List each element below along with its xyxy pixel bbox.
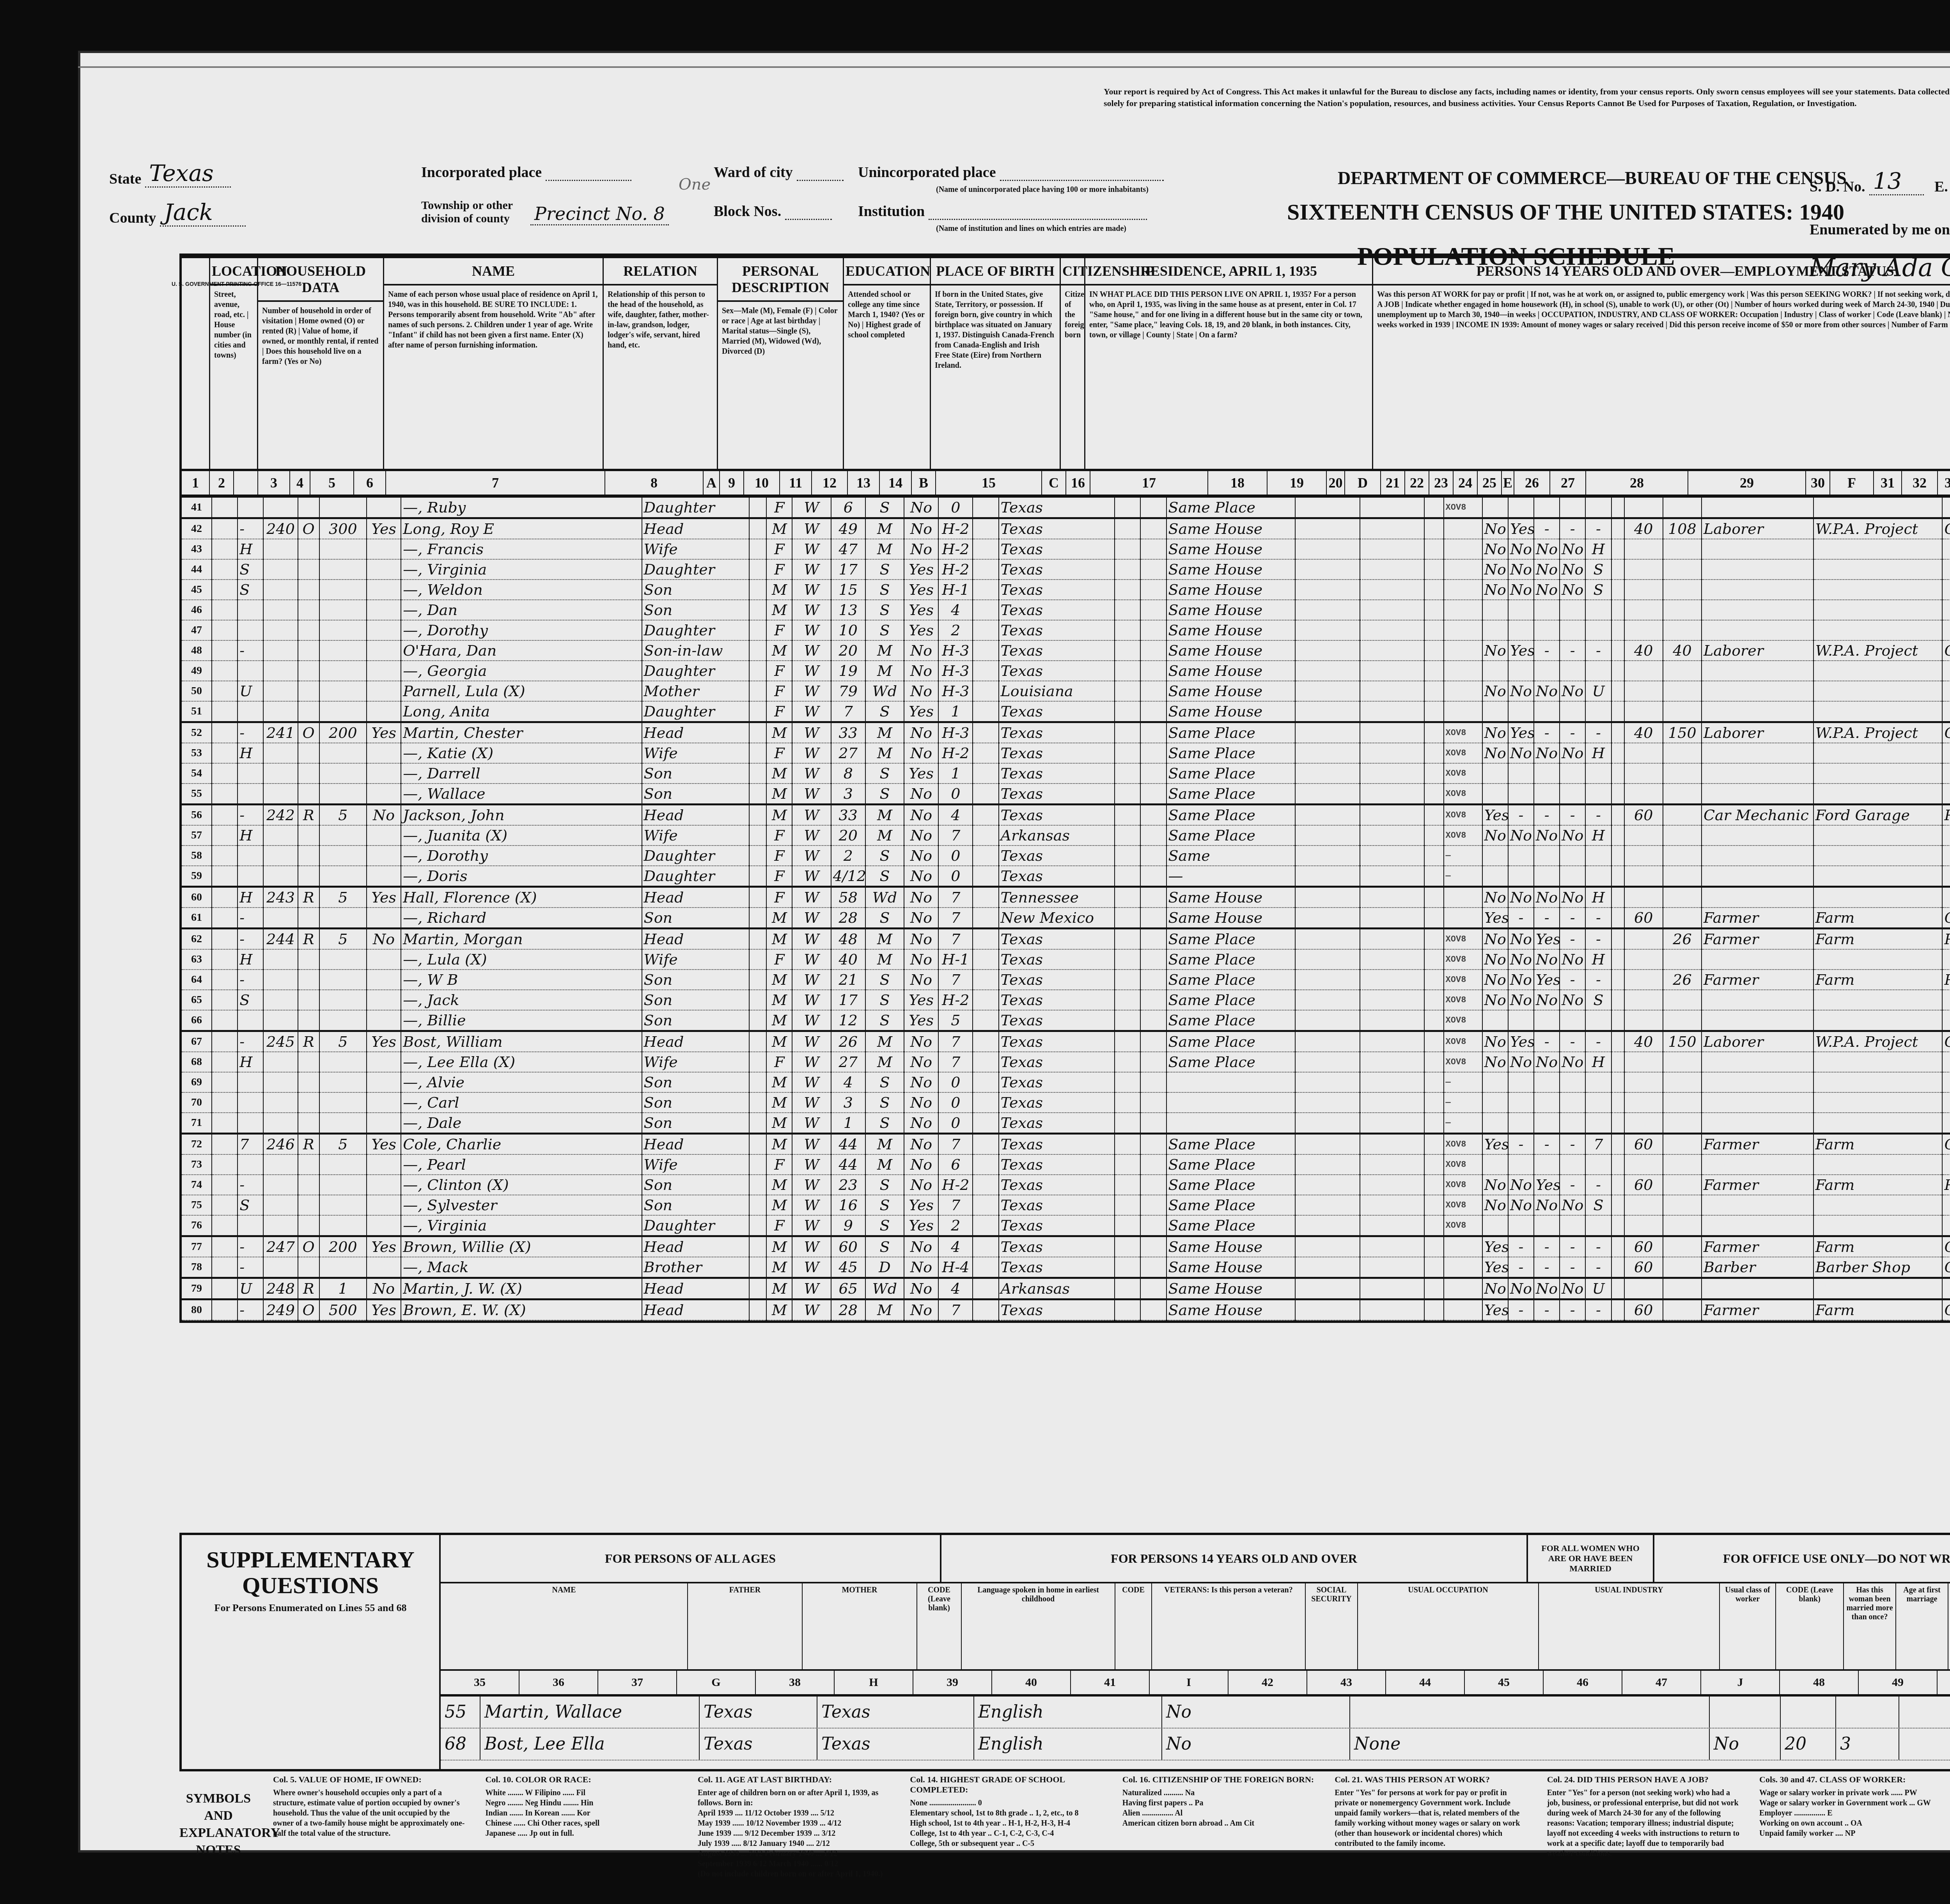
- cell-line: 53: [182, 743, 212, 763]
- cell-work: No: [1482, 887, 1508, 908]
- cell-birth: Texas: [999, 1134, 1115, 1155]
- cell-farm20: [1424, 1299, 1444, 1321]
- supplementary-col-number: I: [1150, 1671, 1228, 1694]
- supplementary-mother: Texas: [817, 1697, 974, 1728]
- cell-codeC: [1115, 1092, 1140, 1113]
- cell-stamp: XOV8: [1444, 1195, 1482, 1215]
- cell-codeE: [1611, 825, 1624, 846]
- cell-hrs: 40: [1624, 722, 1663, 743]
- cell-grade: 1: [938, 701, 973, 722]
- cell-street: [212, 990, 238, 1010]
- cell-street: [212, 620, 238, 640]
- cell-ind: [1813, 1278, 1943, 1299]
- cell-seek: [1534, 498, 1560, 518]
- cell-ms: S: [865, 866, 904, 887]
- cell-sch: No: [904, 498, 938, 518]
- cell-value: 500: [319, 1299, 367, 1321]
- cell-ms: S: [865, 1010, 904, 1031]
- cell-codeC: [1115, 887, 1140, 908]
- cell-state: [1360, 1092, 1424, 1113]
- cell-sch: No: [904, 1134, 938, 1155]
- cell-farm20: [1424, 1134, 1444, 1155]
- cell-occ: Car Mechanic: [1702, 805, 1813, 826]
- sd-value: 13: [1869, 168, 1924, 195]
- cell-age: 10: [831, 620, 865, 640]
- cell-house: [1585, 1113, 1611, 1134]
- cell-line: 44: [182, 559, 212, 580]
- cell-farm: [367, 498, 401, 518]
- cell-age: 13: [831, 600, 865, 620]
- cell-cit: [1140, 1195, 1166, 1215]
- cell-work: No: [1482, 929, 1508, 950]
- cell-stamp: [1444, 518, 1482, 539]
- cell-cls: PW: [1942, 1175, 1950, 1195]
- cell-own: [298, 580, 319, 600]
- cell-stamp: [1444, 539, 1482, 559]
- cell-state: [1360, 970, 1424, 990]
- cell-sch: No: [904, 887, 938, 908]
- cell-cit: [1140, 600, 1166, 620]
- census-sheet: Your report is required by Act of Congre…: [78, 51, 1950, 1853]
- cell-codeA: [749, 1052, 766, 1072]
- cell-cit: [1140, 1299, 1166, 1321]
- cell-job: -: [1560, 722, 1585, 743]
- cell-farm: [367, 846, 401, 866]
- cell-codeC: [1115, 949, 1140, 970]
- table-row: 60H243R5YesHall, Florence (X)HeadFW58WdN…: [182, 887, 1950, 908]
- cell-codeA: [749, 1154, 766, 1175]
- cell-ms: M: [865, 1052, 904, 1072]
- cell-farm: [367, 1215, 401, 1236]
- cell-codeA: [749, 1113, 766, 1134]
- cell-birth: Texas: [999, 1154, 1115, 1175]
- cell-codeB: [973, 929, 998, 950]
- cell-county: [1295, 887, 1360, 908]
- cell-sex: M: [766, 640, 792, 661]
- cell-sch: No: [904, 1072, 938, 1092]
- cell-codeB: [973, 1257, 998, 1278]
- cell-street: [212, 1031, 238, 1052]
- cell-cit: [1140, 1113, 1166, 1134]
- cell-line: 74: [182, 1175, 212, 1195]
- table-row: 49—, GeorgiaDaughterFW19MNoH-3TexasSame …: [182, 661, 1950, 681]
- cell-cit: [1140, 908, 1166, 929]
- cell-house: S: [1585, 1195, 1611, 1215]
- cell-codeA: [749, 518, 766, 539]
- cell-emerg: [1508, 846, 1534, 866]
- cell-rel: Daughter: [642, 846, 750, 866]
- cell-farm20: [1424, 539, 1444, 559]
- cell-ms: M: [865, 805, 904, 826]
- cell-value: [319, 539, 367, 559]
- cell-hrs: [1624, 1195, 1663, 1215]
- cell-res: Same House: [1166, 600, 1296, 620]
- cell-street: [212, 1299, 238, 1321]
- cell-job: [1560, 1072, 1585, 1092]
- cell-sch: No: [904, 743, 938, 763]
- cell-codeB: [973, 1113, 998, 1134]
- cell-sex: M: [766, 970, 792, 990]
- cell-race: W: [792, 970, 831, 990]
- column-number: F: [1830, 471, 1874, 495]
- cell-race: W: [792, 580, 831, 600]
- cell-house: -: [238, 518, 263, 539]
- cell-farm: [367, 866, 401, 887]
- supplementary-col-number: 40: [992, 1671, 1071, 1694]
- supplementary-row: 68Bost, Lee EllaTexasTexasEnglishNoNoneN…: [441, 1728, 1950, 1760]
- cell-ms: M: [865, 518, 904, 539]
- cell-occ: [1702, 539, 1813, 559]
- cell-grade: 0: [938, 784, 973, 805]
- cell-county: [1295, 1031, 1360, 1052]
- table-row: 66—, BillieSonMW12SYes5TexasSame PlaceXO…: [182, 1010, 1950, 1031]
- cell-line: 62: [182, 929, 212, 950]
- cell-own: R: [298, 1031, 319, 1052]
- cell-unemp: [1663, 1215, 1702, 1236]
- cell-codeB: [973, 949, 998, 970]
- cell-ind: [1813, 866, 1943, 887]
- cell-codeC: [1115, 1175, 1140, 1195]
- column-section: RESIDENCE, APRIL 1, 1935IN WHAT PLACE DI…: [1085, 258, 1373, 469]
- cell-name: —, Sylvester: [401, 1195, 642, 1215]
- cell-rel: Head: [642, 1236, 750, 1257]
- column-section: NAMEName of each person whose usual plac…: [384, 258, 604, 469]
- cell-res: Same House: [1166, 661, 1296, 681]
- cell-unemp: [1663, 887, 1702, 908]
- column-numbers: 12345678A91011121314B15C1617181920D21222…: [182, 471, 1950, 498]
- cell-codeA: [749, 1299, 766, 1321]
- supplementary-col-number: 36: [519, 1671, 598, 1694]
- cell-codeE: [1611, 929, 1624, 950]
- cell-house: S: [238, 990, 263, 1010]
- cell-occ: [1702, 559, 1813, 580]
- cell-ms: S: [865, 1113, 904, 1134]
- cell-grade: 4: [938, 1278, 973, 1299]
- cell-farm20: [1424, 1113, 1444, 1134]
- cell-res: [1166, 1072, 1296, 1092]
- cell-job: [1560, 1215, 1585, 1236]
- column-section: PLACE OF BIRTHIf born in the United Stat…: [931, 258, 1061, 469]
- cell-codeA: [749, 1215, 766, 1236]
- cell-own: [298, 1175, 319, 1195]
- cell-state: [1360, 1236, 1424, 1257]
- cell-codeE: [1611, 701, 1624, 722]
- table-row: 80-249O500YesBrown, E. W. (X)HeadMW28MNo…: [182, 1299, 1950, 1321]
- cell-cit: [1140, 743, 1166, 763]
- cell-name: —, Lee Ella (X): [401, 1052, 642, 1072]
- cell-codeE: [1611, 1052, 1624, 1072]
- cell-cit: [1140, 1215, 1166, 1236]
- cell-sex: M: [766, 763, 792, 784]
- cell-sch: Yes: [904, 600, 938, 620]
- cell-hh: [263, 743, 298, 763]
- cell-house: S: [238, 580, 263, 600]
- cell-codeB: [973, 539, 998, 559]
- cell-stamp: —: [1444, 1092, 1482, 1113]
- cell-seek: [1534, 661, 1560, 681]
- cell-own: [298, 681, 319, 701]
- cell-stamp: XOV8: [1444, 784, 1482, 805]
- cell-county: [1295, 640, 1360, 661]
- cell-emerg: [1508, 1092, 1534, 1113]
- cell-emerg: [1508, 701, 1534, 722]
- cell-street: [212, 825, 238, 846]
- column-number: 18: [1208, 471, 1267, 495]
- cell-grade: 4: [938, 805, 973, 826]
- cell-ms: S: [865, 1195, 904, 1215]
- symbols-title: SYMBOLS AND EXPLANATORY NOTES: [179, 1775, 257, 1884]
- cell-emerg: [1508, 784, 1534, 805]
- cell-job: No: [1560, 539, 1585, 559]
- cell-line: 46: [182, 600, 212, 620]
- cell-line: 65: [182, 990, 212, 1010]
- cell-hrs: [1624, 1154, 1663, 1175]
- cell-res: Same Place: [1166, 990, 1296, 1010]
- cell-line: 52: [182, 722, 212, 743]
- cell-sex: F: [766, 1215, 792, 1236]
- cell-job: -: [1560, 908, 1585, 929]
- cell-birth: Texas: [999, 600, 1115, 620]
- cell-codeC: [1115, 846, 1140, 866]
- cell-emerg: No: [1508, 1278, 1534, 1299]
- cell-cit: [1140, 1031, 1166, 1052]
- cell-hh: 241: [263, 722, 298, 743]
- cell-res: Same Place: [1166, 1052, 1296, 1072]
- cell-age: 9: [831, 1215, 865, 1236]
- cell-state: [1360, 866, 1424, 887]
- cell-age: 40: [831, 949, 865, 970]
- cell-birth: Texas: [999, 949, 1115, 970]
- cell-farm20: [1424, 498, 1444, 518]
- cell-unemp: 40: [1663, 640, 1702, 661]
- cell-name: —, Virginia: [401, 1215, 642, 1236]
- cell-county: [1295, 763, 1360, 784]
- cell-codeB: [973, 1072, 998, 1092]
- cell-grade: H-3: [938, 681, 973, 701]
- cell-stamp: XOV8: [1444, 1215, 1482, 1236]
- table-row: 69—, AlvieSonMW4SNo0Texas—69: [182, 1072, 1950, 1092]
- cell-codeE: [1611, 970, 1624, 990]
- column-section: [182, 258, 210, 469]
- supplementary-father: Texas: [700, 1728, 817, 1760]
- cell-house: [1585, 763, 1611, 784]
- cell-grade: H-4: [938, 1257, 973, 1278]
- cell-line: 59: [182, 866, 212, 887]
- cell-emerg: [1508, 498, 1534, 518]
- column-number: C: [1042, 471, 1066, 495]
- cell-farm20: [1424, 1278, 1444, 1299]
- cell-res: Same Place: [1166, 743, 1296, 763]
- cell-race: W: [792, 539, 831, 559]
- cell-codeB: [973, 887, 998, 908]
- column-number: 25: [1478, 471, 1502, 495]
- cell-age: 17: [831, 559, 865, 580]
- cell-res: —: [1166, 866, 1296, 887]
- cell-ms: M: [865, 929, 904, 950]
- cell-ms: S: [865, 1092, 904, 1113]
- cell-codeB: [973, 498, 998, 518]
- cell-sch: No: [904, 1175, 938, 1195]
- cell-rel: Head: [642, 929, 750, 950]
- cell-street: [212, 1278, 238, 1299]
- cell-occ: [1702, 1278, 1813, 1299]
- cell-race: W: [792, 518, 831, 539]
- column-number: 8: [605, 471, 704, 495]
- cell-name: —, Lula (X): [401, 949, 642, 970]
- cell-race: W: [792, 1175, 831, 1195]
- cell-occ: Farmer: [1702, 1299, 1813, 1321]
- cell-sex: M: [766, 518, 792, 539]
- cell-age: 28: [831, 1299, 865, 1321]
- cell-ind: [1813, 661, 1943, 681]
- cell-street: [212, 846, 238, 866]
- cell-occ: [1702, 701, 1813, 722]
- cell-emerg: No: [1508, 681, 1534, 701]
- cell-ind: W.P.A. Project: [1813, 722, 1943, 743]
- cell-stamp: —: [1444, 846, 1482, 866]
- cell-job: -: [1560, 970, 1585, 990]
- cell-grade: 4: [938, 1236, 973, 1257]
- cell-work: No: [1482, 1052, 1508, 1072]
- column-number: [234, 471, 258, 495]
- cell-sch: No: [904, 970, 938, 990]
- supplementary-col-number: 35: [441, 1671, 519, 1694]
- cell-own: [298, 620, 319, 640]
- cell-street: [212, 539, 238, 559]
- cell-unemp: [1663, 1257, 1702, 1278]
- cell-emerg: -: [1508, 1257, 1534, 1278]
- cell-hh: 246: [263, 1134, 298, 1155]
- cell-work: No: [1482, 990, 1508, 1010]
- cell-street: [212, 866, 238, 887]
- cell-birth: Texas: [999, 640, 1115, 661]
- cell-codeC: [1115, 1257, 1140, 1278]
- table-row: 56-242R5NoJackson, JohnHeadMW33MNo4Texas…: [182, 805, 1950, 826]
- cell-emerg: Yes: [1508, 518, 1534, 539]
- cell-own: [298, 846, 319, 866]
- supplementary-col-number: 39: [913, 1671, 992, 1694]
- cell-work: No: [1482, 539, 1508, 559]
- cell-grade: 0: [938, 1113, 973, 1134]
- cell-value: [319, 846, 367, 866]
- cell-farm20: [1424, 908, 1444, 929]
- cell-codeA: [749, 498, 766, 518]
- cell-unemp: [1663, 701, 1702, 722]
- cell-seek: [1534, 1215, 1560, 1236]
- cell-rel: Son: [642, 1010, 750, 1031]
- cell-res: Same Place: [1166, 722, 1296, 743]
- column-section: EDUCATIONAttended school or college any …: [844, 258, 931, 469]
- cell-cls: OA: [1942, 1236, 1950, 1257]
- cell-hrs: [1624, 1072, 1663, 1092]
- column-number: 12: [812, 471, 848, 495]
- cell-codeB: [973, 1236, 998, 1257]
- supplementary-headers: NAMEFATHERMOTHERCODE (Leave blank)Langua…: [441, 1583, 1950, 1671]
- cell-emerg: [1508, 661, 1534, 681]
- cell-house: U: [1585, 1278, 1611, 1299]
- cell-line: 45: [182, 580, 212, 600]
- cell-line: 70: [182, 1092, 212, 1113]
- cell-house: [1585, 866, 1611, 887]
- cell-sex: F: [766, 825, 792, 846]
- cell-house: -: [1585, 805, 1611, 826]
- cell-cls: [1942, 1052, 1950, 1072]
- cell-codeB: [973, 518, 998, 539]
- column-number: 9: [720, 471, 744, 495]
- cell-cls: OA: [1942, 908, 1950, 929]
- cell-line: 66: [182, 1010, 212, 1031]
- cell-codeC: [1115, 1299, 1140, 1321]
- cell-occ: [1702, 784, 1813, 805]
- cell-street: [212, 661, 238, 681]
- cell-line: 79: [182, 1278, 212, 1299]
- cell-grade: H-1: [938, 580, 973, 600]
- cell-value: [319, 970, 367, 990]
- supplementary-header: VETERANS: Is this person a veteran?: [1152, 1583, 1306, 1669]
- cell-cls: GW: [1942, 1031, 1950, 1052]
- cell-value: [319, 1052, 367, 1072]
- cell-sch: No: [904, 1031, 938, 1052]
- cell-age: 6: [831, 498, 865, 518]
- cell-codeE: [1611, 1257, 1624, 1278]
- cell-grade: 0: [938, 846, 973, 866]
- cell-birth: Texas: [999, 559, 1115, 580]
- cell-hrs: [1624, 498, 1663, 518]
- cell-codeA: [749, 640, 766, 661]
- cell-house: [1585, 600, 1611, 620]
- cell-codeC: [1115, 1215, 1140, 1236]
- cell-occ: Farmer: [1702, 929, 1813, 950]
- cell-sex: M: [766, 1195, 792, 1215]
- cell-ind: [1813, 743, 1943, 763]
- column-number: 13: [848, 471, 880, 495]
- institution-note: (Name of institution and lines on which …: [936, 224, 1126, 233]
- cell-rel: Son: [642, 580, 750, 600]
- cell-line: 64: [182, 970, 212, 990]
- cell-work: No: [1482, 1175, 1508, 1195]
- cell-county: [1295, 1175, 1360, 1195]
- cell-grade: 7: [938, 908, 973, 929]
- cell-grade: 7: [938, 1195, 973, 1215]
- cell-rel: Wife: [642, 1052, 750, 1072]
- cell-birth: Texas: [999, 1072, 1115, 1092]
- cell-stamp: XOV8: [1444, 1154, 1482, 1175]
- cell-stamp: [1444, 640, 1482, 661]
- cell-sex: M: [766, 722, 792, 743]
- cell-stamp: XOV8: [1444, 1031, 1482, 1052]
- cell-grade: 7: [938, 1052, 973, 1072]
- cell-emerg: Yes: [1508, 1031, 1534, 1052]
- cell-res: Same House: [1166, 539, 1296, 559]
- cell-race: W: [792, 1154, 831, 1175]
- cell-sch: No: [904, 949, 938, 970]
- cell-line: 69: [182, 1072, 212, 1092]
- cell-rel: Daughter: [642, 620, 750, 640]
- cell-seek: [1534, 1010, 1560, 1031]
- cell-sch: No: [904, 1236, 938, 1257]
- cell-line: 61: [182, 908, 212, 929]
- cell-res: Same Place: [1166, 1215, 1296, 1236]
- cell-hrs: [1624, 866, 1663, 887]
- cell-house: [238, 600, 263, 620]
- cell-race: W: [792, 1299, 831, 1321]
- cell-emerg: -: [1508, 1299, 1534, 1321]
- cell-occ: Farmer: [1702, 1134, 1813, 1155]
- cell-farm20: [1424, 1010, 1444, 1031]
- cell-value: 200: [319, 1236, 367, 1257]
- cell-birth: Texas: [999, 866, 1115, 887]
- cell-house: [238, 846, 263, 866]
